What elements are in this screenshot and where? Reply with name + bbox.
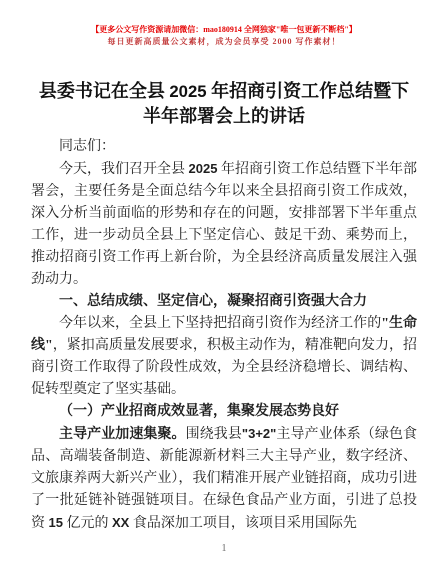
- text-run: 年招商引资工作总结暨下半年部署会，主要任务是全面总结今年以来全县招商引资工作成效…: [31, 162, 417, 287]
- subsection-heading-1: （一）产业招商成效显著，集聚发展态势良好: [31, 401, 417, 423]
- emphasized-text-run: XX: [112, 515, 129, 530]
- promo-banner-line2: 每日更新高质量公文素材，成为会员享受 2000 写作素材！: [0, 36, 448, 48]
- section-1-paragraph: 今年以来，全县上下坚持把招商引资作为经济工作的"生命线"，紧扣高质量发展要求，积…: [31, 313, 417, 401]
- emphasized-text-run: 主导产业加速集聚。: [59, 427, 186, 442]
- text-run: 围绕我县: [186, 427, 242, 442]
- text-run: 年招商引资工作总结暨下: [207, 81, 410, 101]
- emphasized-text-run: "3+2": [242, 426, 276, 441]
- document-page: 【更多公文写作资源请加微信：mao180914 全网独家"唯一包更新不断档"】 …: [0, 0, 448, 580]
- section-heading-1: 一、总结成绩、坚定信心，凝聚招商引资强大合力: [31, 291, 417, 313]
- text-run: 今天，我们召开全县: [59, 162, 189, 177]
- intro-paragraph: 今天，我们召开全县 2025 年招商引资工作总结暨下半年部署会，主要任务是全面总…: [31, 158, 417, 291]
- emphasized-text-run: 一、总结成绩、坚定信心，凝聚招商引资强大合力: [59, 294, 367, 309]
- text-run: 半年部署会上的讲话: [143, 106, 305, 126]
- emphasized-text-run: 15: [49, 515, 63, 530]
- document-body: 同志们：今天，我们召开全县 2025 年招商引资工作总结暨下半年部署会，主要任务…: [0, 136, 448, 535]
- text-run: 同志们：: [59, 139, 115, 154]
- text-run: 县委书记在全县: [39, 81, 170, 101]
- text-run: 今年以来，全县上下坚持把招商引资作为经济工作的: [59, 316, 381, 331]
- emphasized-text-run: （一）产业招商成效显著，集聚发展态势良好: [59, 404, 339, 419]
- promo-banner-line1: 【更多公文写作资源请加微信：mao180914 全网独家"唯一包更新不断档"】: [0, 23, 448, 36]
- title-line: 县委书记在全县 2025 年招商引资工作总结暨下: [31, 79, 417, 104]
- text-run: 食品深加工项目，该项目采用国际先: [129, 516, 357, 531]
- page-number: 1: [0, 543, 448, 554]
- subsection-1-paragraph: 主导产业加速集聚。围绕我县"3+2"主导产业体系（绿色食品、高端装备制造、新能源…: [31, 423, 417, 535]
- emphasized-text-run: 2025: [189, 161, 218, 176]
- title-line: 半年部署会上的讲话: [31, 104, 417, 129]
- document-title: 县委书记在全县 2025 年招商引资工作总结暨下半年部署会上的讲话: [0, 79, 448, 129]
- salutation: 同志们：: [31, 136, 417, 158]
- emphasized-text-run: 2025: [169, 82, 206, 101]
- text-run: 亿元的: [63, 516, 112, 531]
- promo-banner: 【更多公文写作资源请加微信：mao180914 全网独家"唯一包更新不断档"】 …: [0, 23, 448, 48]
- text-run: ，紧扣高质量发展要求，积极主动作为，精准靶向发力，招商引资工作取得了阶段性成效，…: [31, 338, 417, 397]
